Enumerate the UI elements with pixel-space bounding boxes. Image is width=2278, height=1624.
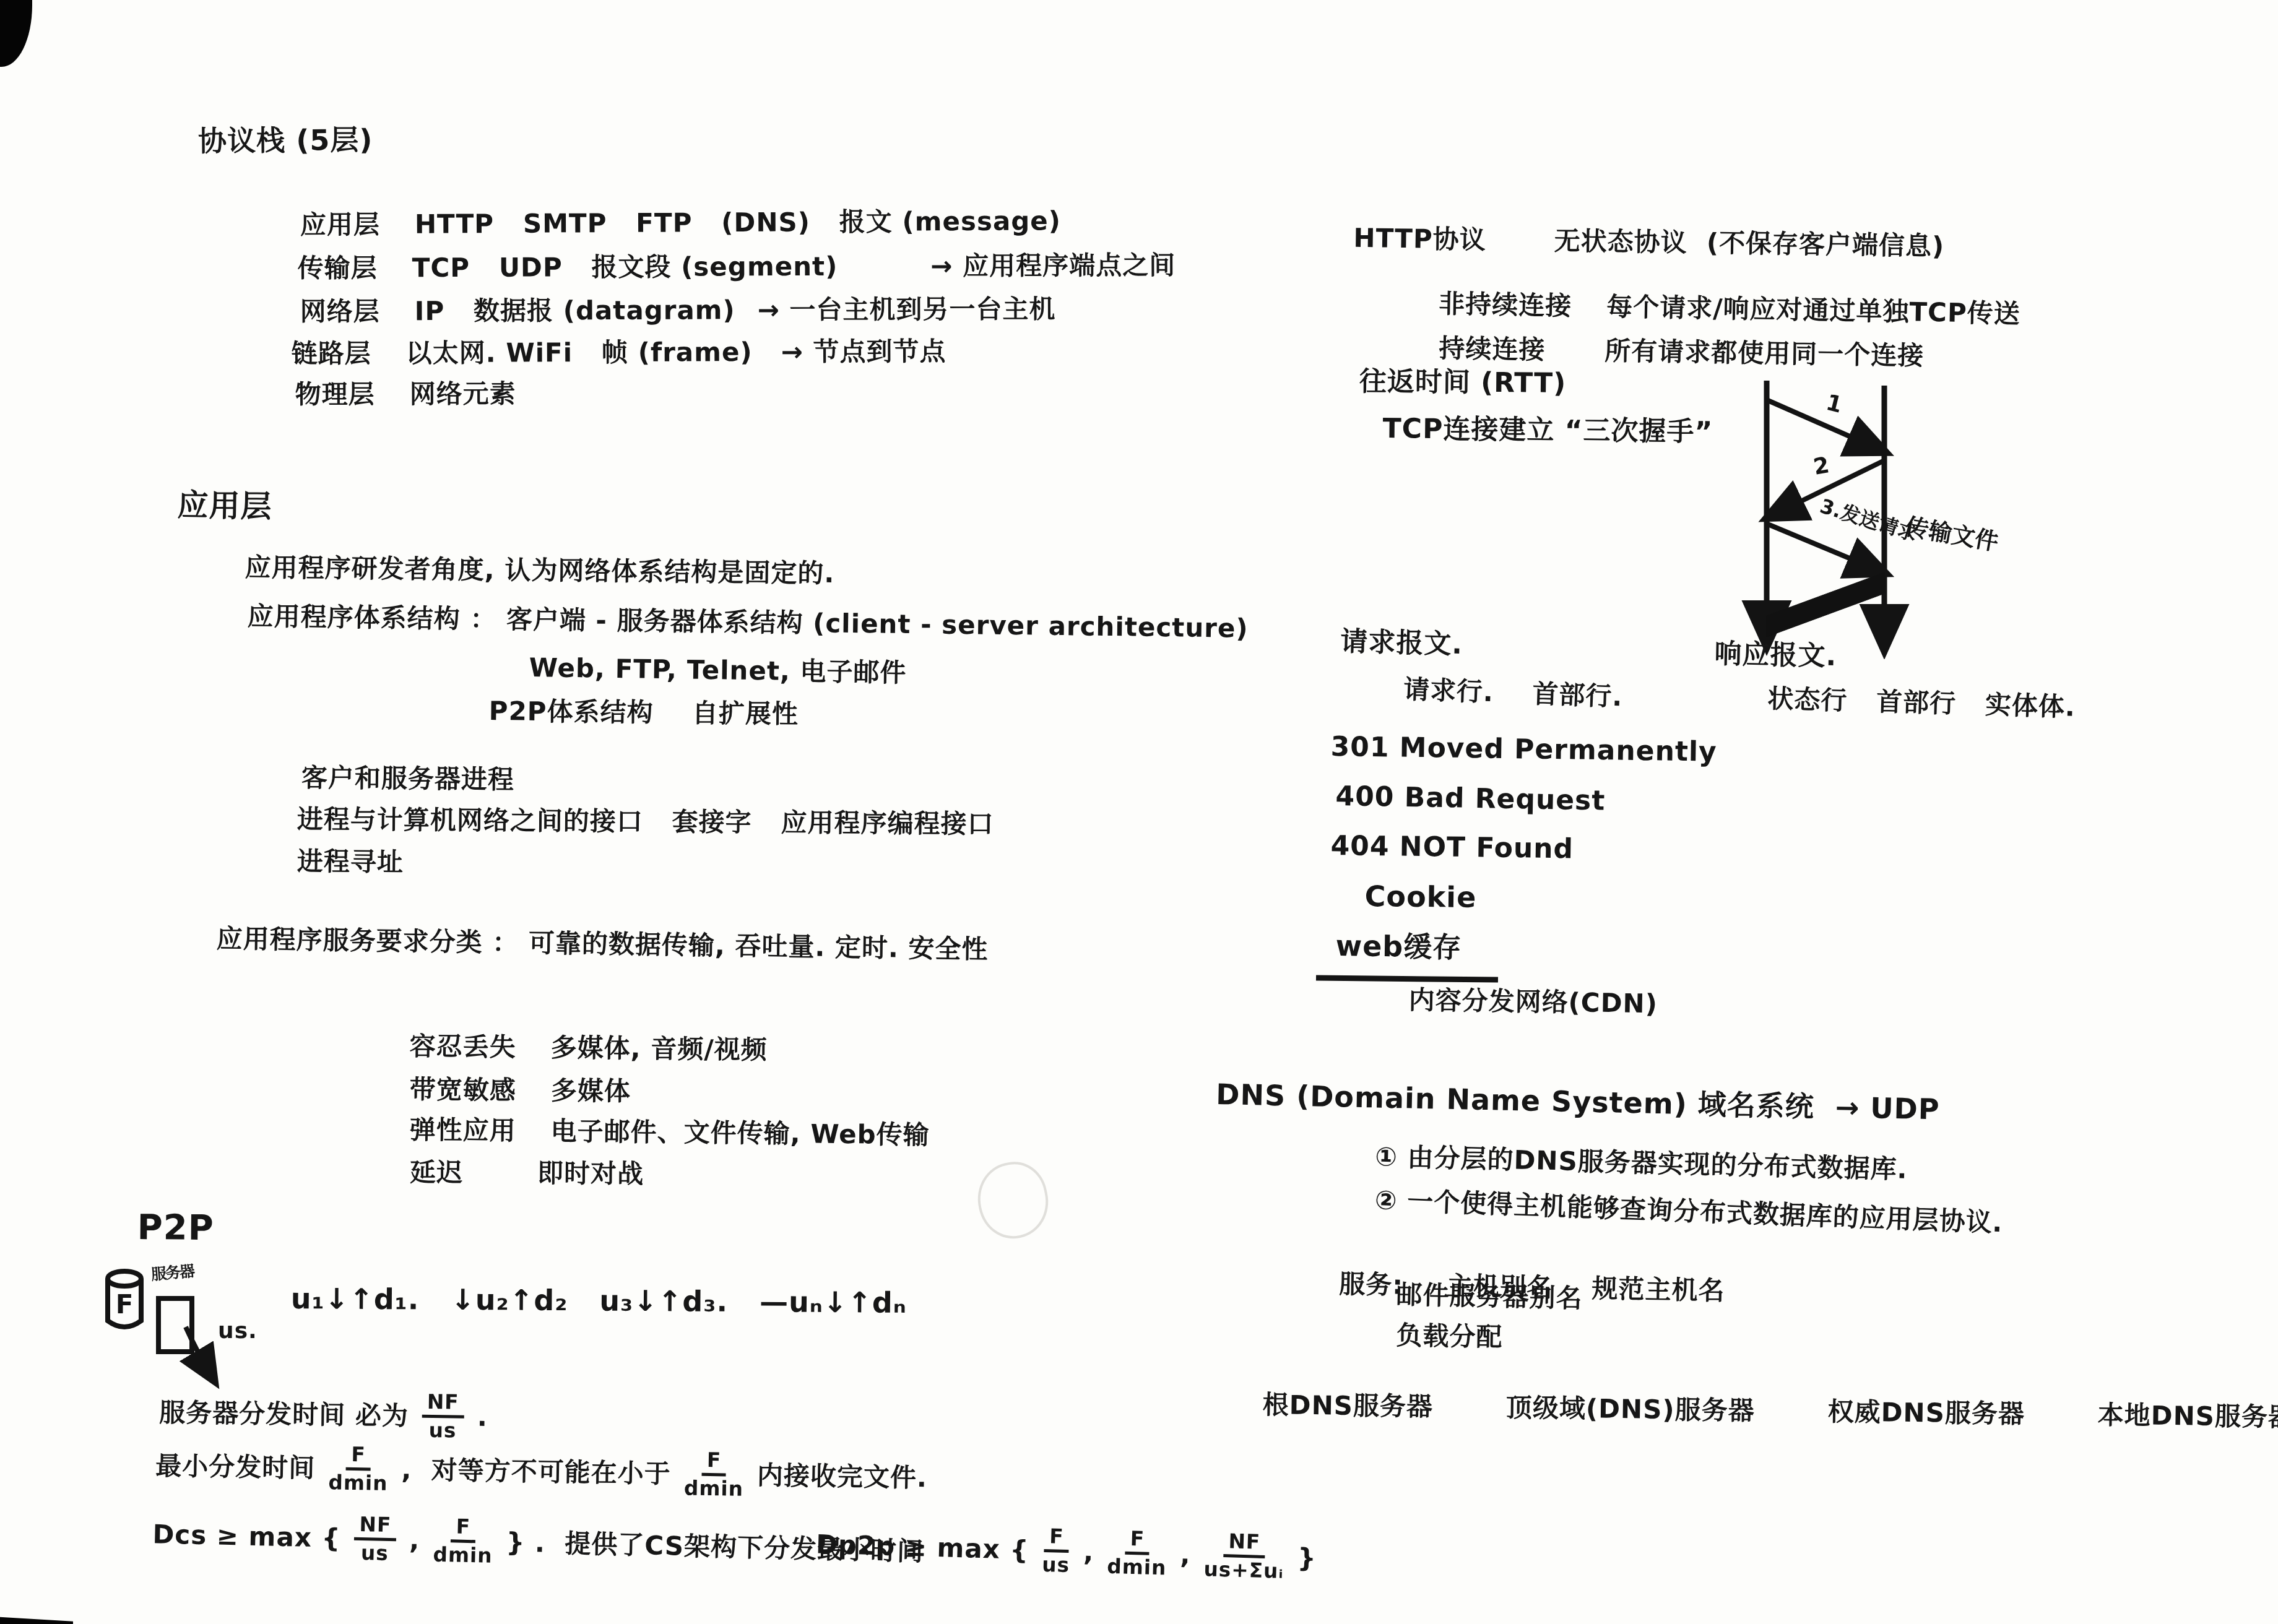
status-code-400: 400 Bad Request: [1335, 781, 1606, 817]
formula-text: ,: [1073, 1536, 1104, 1567]
cdn-line: 内容分发网络(CDN): [1408, 985, 1658, 1019]
transfer-label: 传输文件: [1903, 513, 2000, 556]
response-message-parts: 状态行 首部行 实体体.: [1767, 684, 2076, 722]
process-interface-line: 进程与计算机网络之间的接口 套接字 应用程序编程接口: [297, 805, 994, 839]
cookie-line: Cookie: [1364, 880, 1476, 914]
web-cache-line: web缓存: [1335, 930, 1462, 964]
term: HTTP协议: [1353, 223, 1486, 255]
formula-text: Dcs ≥ max {: [152, 1519, 351, 1553]
scan-bottom-artifact: [0, 1615, 73, 1624]
definition: 无状态协议 (不保存客户端信息): [1554, 226, 1944, 262]
server-box-label: 服务器: [150, 1263, 194, 1284]
req-item-delay: 延迟即时对战: [371, 1128, 644, 1219]
formula-text: Dp2p ≥ max {: [815, 1529, 1039, 1566]
formula-text: 内接收完文件.: [747, 1460, 927, 1493]
protocol-stack-title: 协议栈 (5层): [198, 124, 373, 158]
dns-server-types-row: 根DNS服务器 顶级域(DNS)服务器 权威DNS服务器 本地DNS服务器: [1262, 1390, 2278, 1433]
dns-service-mail-alias: 邮件服务器别名: [1396, 1280, 1583, 1314]
app-layer-intro: 应用程序研发者角度, 认为网络体系结构是固定的.: [245, 553, 834, 589]
formula-text: ,: [399, 1525, 430, 1556]
tcp-timing-diagram: 1 2 3.发送请求 传输文件: [1727, 368, 2074, 659]
p2p-title: P2P: [137, 1208, 214, 1248]
formula-text: }: [1288, 1542, 1317, 1573]
stack-row-physical: 物理层网络元素: [256, 350, 516, 440]
dns-item-2: ② 一个使得主机能够查询分布式数据库的应用层协议.: [1374, 1185, 2003, 1238]
web-cache-underline: [1316, 975, 1498, 982]
layer-content: 网络元素: [410, 379, 516, 410]
layer-note: → 节点到节点: [781, 336, 946, 367]
dns-title: DNS (Domain Name System) 域名系统 → UDP: [1216, 1078, 1940, 1126]
fraction: Fdmin: [684, 1449, 744, 1500]
msg1-label: 1: [1824, 390, 1845, 418]
process-addressing: 进程寻址: [297, 847, 404, 878]
rtt-line: 往返时间 (RTT): [1359, 366, 1567, 400]
status-code-301: 301 Moved Permanently: [1330, 732, 1717, 768]
us-rate-label: us.: [218, 1318, 258, 1344]
p2p-architecture-line: P2P体系结构 自扩展性: [488, 696, 799, 730]
handshake-msg1-arrow: [1768, 400, 1881, 450]
dns-service-load-balance: 负载分配: [1396, 1321, 1503, 1352]
handshake-msg3-arrow: [1768, 524, 1881, 571]
services-label: 服务:: [1339, 1269, 1404, 1300]
definition: 所有请求都使用同一个连接: [1605, 335, 1925, 371]
req-value: 即时对战: [537, 1158, 644, 1189]
dns-server-type-local: 本地DNS服务器: [2097, 1400, 2278, 1432]
smudge-mark: [971, 1156, 1055, 1245]
fraction: Fus: [1042, 1525, 1071, 1576]
req-key: 延迟: [410, 1157, 463, 1188]
dns-server-type-authoritative: 权威DNS服务器: [1827, 1397, 2025, 1429]
file-letter: F: [116, 1289, 134, 1319]
file-transfer-band: [1767, 572, 1884, 637]
fraction: Fdmin: [433, 1515, 493, 1566]
fraction: NFus: [353, 1513, 397, 1564]
term: 持续连接: [1439, 333, 1546, 365]
dns-server-type-tld: 顶级域(DNS)服务器: [1506, 1393, 1755, 1426]
formula-text: 最小分发时间: [155, 1451, 325, 1484]
status-code-404: 404 NOT Found: [1330, 831, 1574, 865]
app-layer-title: 应用层: [177, 488, 272, 525]
dp2p-formula-line: Dp2p ≥ max { Fus , Fdmin , NFus+Σuᵢ }: [776, 1490, 1318, 1615]
dns-item-1: ① 由分层的DNS服务器实现的分布式数据库.: [1375, 1142, 1908, 1185]
tcp-handshake-line: TCP连接建立 “三次握手”: [1382, 413, 1713, 448]
scan-corner-artifact: [0, 0, 32, 67]
dns-server-type-root: 根DNS服务器: [1262, 1390, 1433, 1422]
fraction: Fdmin: [1107, 1527, 1167, 1578]
layer-name: 物理层: [295, 379, 375, 410]
scanned-notes-page: 协议栈 (5层) 应用层HTTP SMTP FTP (DNS) 报文 (mess…: [0, 0, 2278, 1624]
file-server-cylinder-icon: F: [101, 1269, 148, 1334]
request-message-title: 请求报文.: [1340, 626, 1463, 661]
client-server-processes: 客户和服务器进程: [301, 763, 514, 795]
msg2-label: 2: [1811, 452, 1831, 480]
peer-rates-line: u₁↓↑d₁. ↓u₂↑d₂ u₃↓↑d₃. —uₙ↓↑dₙ: [291, 1282, 907, 1319]
response-message-title: 响应报文.: [1714, 639, 1837, 673]
fraction: NFus+Σuᵢ: [1203, 1530, 1284, 1582]
service-requirements-header: 应用程序服务要求分类 ： 可靠的数据传输, 吞吐量. 定时. 安全性: [216, 924, 989, 965]
app-architecture-line: 应用程序体系结构 ： 客户端 - 服务器体系结构 (client - serve…: [247, 602, 1249, 644]
request-message-parts: 请求行. 首部行.: [1403, 675, 1623, 712]
formula-text: ,: [1170, 1539, 1201, 1570]
architecture-examples: Web, FTP, Telnet, 电子邮件: [529, 653, 907, 688]
formula-text: , 对等方不可能在小于: [391, 1454, 680, 1489]
